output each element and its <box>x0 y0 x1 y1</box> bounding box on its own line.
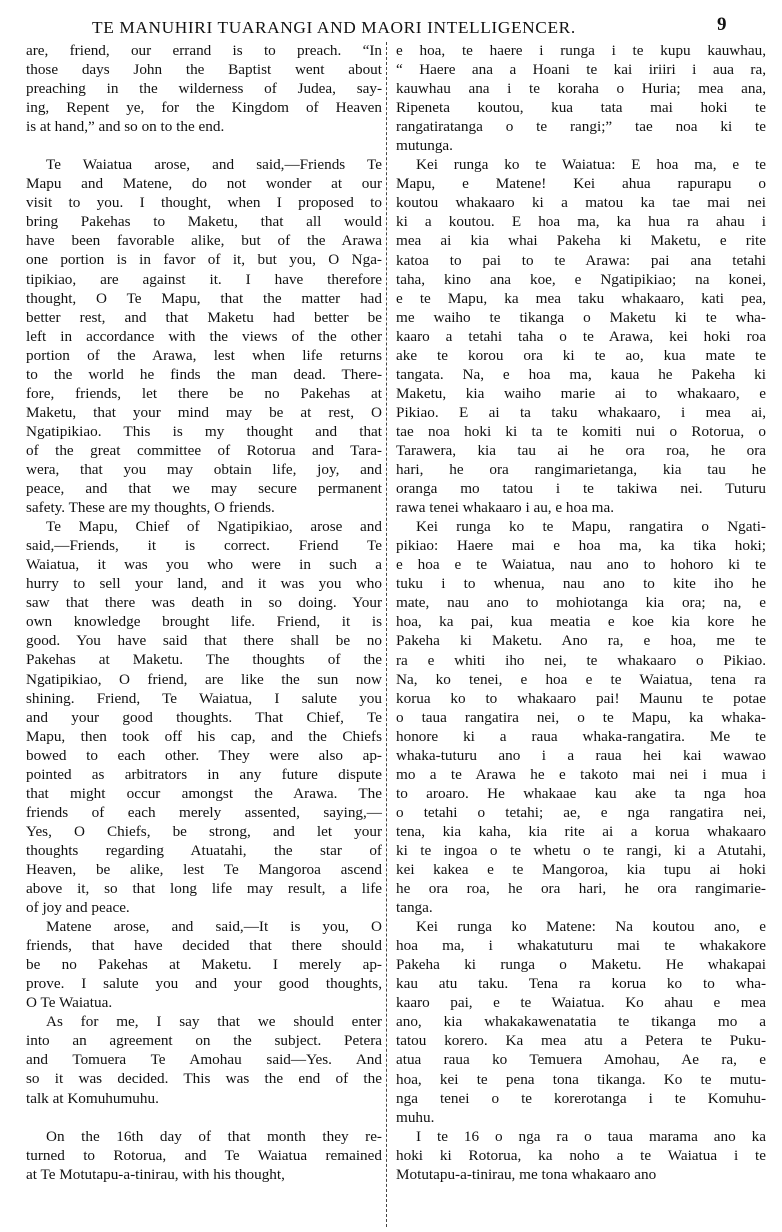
text-line: tipikiao, are against it. I have therefo… <box>26 270 382 289</box>
text-line: kaaro a tetahi taha o te Arawa, kei hoki… <box>396 327 766 346</box>
text-line: to the world he finds the man dead. Ther… <box>26 365 382 384</box>
text-line: Te Waiatua arose, and said,—Friends Te <box>26 155 382 174</box>
text-line: shining. Friend, Te Waiatua, I salute yo… <box>26 689 382 708</box>
text-line: rawa tenei whakaaro i au, e hoa ma. <box>396 498 766 517</box>
text-line: Na, ko tenei, e hoa e te Waiatua, tena r… <box>396 670 766 689</box>
text-line: O Te Waiatua. <box>26 993 382 1012</box>
text-line: bring Pakehas to Maketu, that all would <box>26 212 382 231</box>
text-line: Maketu, kia waiho marie ai to whakaaro, … <box>396 384 766 403</box>
text-line: of joy and peace. <box>26 898 382 917</box>
text-line: Kei runga ko Matene: Na koutou ano, e <box>396 917 766 936</box>
text-line: he ora roa, he ora hari, he ora rangimar… <box>396 879 766 898</box>
text-line: wera, that you may obtain life, joy, and <box>26 460 382 479</box>
text-line: honore ki a raua whaka-rangatira. Me te <box>396 727 766 746</box>
text-line: Mapu, e Matene! Kei ahua rapurapu o <box>396 174 766 193</box>
text-line: Yes, O Chiefs, be strong, and let your <box>26 822 382 841</box>
text-line: be no Pakehas at Maketu. I merely ap- <box>26 955 382 974</box>
text-line: As for me, I say that we should enter <box>26 1012 382 1031</box>
text-line: hurry to sell your land, and it was you … <box>26 574 382 593</box>
text-line: and your good thoughts. That Chief, Te <box>26 708 382 727</box>
paragraph-gap <box>26 136 382 155</box>
text-line: ake te korou ora ki te ao, kua mate te <box>396 346 766 365</box>
text-line: ki te ingoa o te whetu o te rangi, ki a … <box>396 841 766 860</box>
text-line: friends, that have decided that there sh… <box>26 936 382 955</box>
text-line: Matene arose, and said,—It is you, O <box>26 917 382 936</box>
text-line: koutou whakaaro ki a matou ka tae mai ne… <box>396 193 766 212</box>
text-line: peace, and that we may secure permanent <box>26 479 382 498</box>
column-divider <box>386 42 387 1227</box>
text-line: Pikiao. E ai ta taku whakaaro, i mea ai, <box>396 403 766 422</box>
text-line: pikiao: Haere mai e hoa ma, ka tika hoki… <box>396 536 766 555</box>
maori-column: e hoa, te haere i runga i te kupu kauwha… <box>396 41 766 1184</box>
text-line: are, friend, our errand is to preach. “I… <box>26 41 382 60</box>
text-line: Waiatua, it was you who were in such a <box>26 555 382 574</box>
text-line: On the 16th day of that month they re- <box>26 1127 382 1146</box>
text-line: I te 16 o nga ra o taua marama ano ka <box>396 1127 766 1146</box>
text-line: into an agreement on the subject. Petera <box>26 1031 382 1050</box>
text-line: ano, kia whakakawenatatia te tikanga mo … <box>396 1012 766 1031</box>
text-line: ing, Repent ye, for the Kingdom of Heave… <box>26 98 382 117</box>
text-line: saw that there was death in so doing. Yo… <box>26 593 382 612</box>
text-line: o taua rangatira nei, o te Mapu, ka whak… <box>396 708 766 727</box>
text-line: mea ai kia whai Pakeha ki Maketu, e rite <box>396 231 766 250</box>
text-line: portion of the Arawa, lest when life ret… <box>26 346 382 365</box>
page-header: TE MANUHIRI TUARANGI AND MAORI INTELLIGE… <box>0 0 782 40</box>
text-line: bowed to each other. They were also ap- <box>26 746 382 765</box>
text-line: to aroaro. He whakaae kau ake ta nga hoa <box>396 784 766 803</box>
text-line: Te Mapu, Chief of Ngatipikiao, arose and <box>26 517 382 536</box>
text-line: Ngatipikiao. This is my thought and that <box>26 422 382 441</box>
text-line: Heaven, be alike, lest Te Mangoroa ascen… <box>26 860 382 879</box>
text-line: of the great committee of Rotorua and Ta… <box>26 441 382 460</box>
text-line: e te Mapu, ka mea taku whakaaro, kati pe… <box>396 289 766 308</box>
text-line: Kei runga ko te Mapu, rangatira o Ngati- <box>396 517 766 536</box>
text-line: kaaro pai, e te Waiatua. Ko ahau e mea <box>396 993 766 1012</box>
text-line: Pakeha ki Maketu. Ano ra, e hoa, me te <box>396 631 766 650</box>
text-line: above it, so that long life may result, … <box>26 879 382 898</box>
text-line: Pakeha ki runga o Maketu. He whakapai <box>396 955 766 974</box>
text-line: and Tomuera Te Amohau said—Yes. And <box>26 1050 382 1069</box>
text-line: friends of each merely assented, saying,… <box>26 803 382 822</box>
text-line: prove. I salute you and your good though… <box>26 974 382 993</box>
paragraph-gap <box>26 1108 382 1127</box>
text-line: katoa to pai to te Arawa: pai ana tetahi <box>396 251 766 270</box>
text-line: tatou korero. Ka mea atu a Petera te Puk… <box>396 1031 766 1050</box>
text-line: hoa ma, i whakatuturu mai te whakakore <box>396 936 766 955</box>
text-line: visit to you. I thought, when I proposed… <box>26 193 382 212</box>
text-line: tuku i to whenua, nau ano to kite iho he <box>396 574 766 593</box>
text-line: mate, nau ano to mohiotanga kia ora; na,… <box>396 593 766 612</box>
text-line: e hoa, te haere i runga i te kupu kauwha… <box>396 41 766 60</box>
text-line: said,—Friends, it is correct. Friend Te <box>26 536 382 555</box>
text-line: is at hand,” and so on to the end. <box>26 117 382 136</box>
text-line: at Te Motutapu-a-tinirau, with his thoug… <box>26 1165 382 1184</box>
text-line: “ Haere ana a Hoani te kai iriiri i aua … <box>396 60 766 79</box>
text-line: whaka-tuturu ano i a raua hei kai wawao <box>396 746 766 765</box>
text-line: better rest, and that Maketu had better … <box>26 308 382 327</box>
text-line: fore, friends, let there be no Pakehas a… <box>26 384 382 403</box>
text-line: hoa, ka pai, kua meatia e koe kia kore h… <box>396 612 766 631</box>
text-line: korua ko to whakaaro pai! Maunu te potae <box>396 689 766 708</box>
text-line: kei kakea e te Mangoroa, kia tupu ai hok… <box>396 860 766 879</box>
text-line: ki a koutou. E hoa ma, ka hua ra ahau i <box>396 212 766 231</box>
text-line: ra e whiti iho nei, te whakaaro o Pikiao… <box>396 651 766 670</box>
text-line: muhu. <box>396 1108 766 1127</box>
text-line: have been favorable alike, but of the Ar… <box>26 231 382 250</box>
text-line: nga tenei o te korerotanga i te Komuhu- <box>396 1089 766 1108</box>
text-line: Ngatipikiao, O friend, are like the sun … <box>26 670 382 689</box>
text-line: atua raua ko Temuera Amohau, Ae ra, e <box>396 1050 766 1069</box>
text-line: turned to Rotorua, and Te Waiatua remain… <box>26 1146 382 1165</box>
text-line: good. You have said that there shall be … <box>26 631 382 650</box>
text-line: tena, kia kaha, kia rite ai a korua whak… <box>396 822 766 841</box>
text-line: rangatiratanga o te rangi;” tae noa ki t… <box>396 117 766 136</box>
text-line: o tetahi o tetahi; ae, e nga rangatira n… <box>396 803 766 822</box>
text-line: those days John the Baptist went about <box>26 60 382 79</box>
text-line: one portion is in favor of it, but you, … <box>26 250 382 269</box>
text-line: Mapu and Matene, do not wonder at our <box>26 174 382 193</box>
text-line: hoki ki Rotorua, ka noho a te Waiatua i … <box>396 1146 766 1165</box>
text-line: e hoa e te Waiatua, nau ano to hohoro ki… <box>396 555 766 574</box>
text-line: hoa, kei te pena tona tikanga. Ko te mut… <box>396 1070 766 1089</box>
text-line: mo a te Arawa he e takoto mai nei i mua … <box>396 765 766 784</box>
text-line: kau atu taku. Tena ra korua ko to wha- <box>396 974 766 993</box>
text-line: Tarawera, kia tau ai he ora roa, he ora <box>396 441 766 460</box>
text-line: oranga mo tatou i te takiwa nei. Tuturu <box>396 479 766 498</box>
text-line: left in accordance with the views of the… <box>26 327 382 346</box>
text-line: thoughts regarding Atuatahi, the star of <box>26 841 382 860</box>
text-line: own knowledge brought life. Friend, it i… <box>26 612 382 631</box>
text-line: Maketu, that your mind may be at rest, O <box>26 403 382 422</box>
text-line: me waiho te tikanga o Maketu ki te wha- <box>396 308 766 327</box>
english-column: are, friend, our errand is to preach. “I… <box>26 41 382 1184</box>
text-line: pointed as arbitrators in any future dis… <box>26 765 382 784</box>
text-line: taha, kino ana koe, e Ngatipikiao; na ko… <box>396 270 766 289</box>
text-line: tanga. <box>396 898 766 917</box>
text-line: safety. These are my thoughts, O friends… <box>26 498 382 517</box>
text-line: talk at Komuhumuhu. <box>26 1089 382 1108</box>
text-line: thought, O Te Mapu, that the matter had <box>26 289 382 308</box>
running-title: TE MANUHIRI TUARANGI AND MAORI INTELLIGE… <box>92 18 576 38</box>
text-line: Motutapu-a-tinirau, me tona whakaaro ano <box>396 1165 766 1184</box>
text-line: Ripeneta koutou, kua tata mai hoki te <box>396 98 766 117</box>
text-line: preaching in the wilderness of Judea, sa… <box>26 79 382 98</box>
text-line: mutunga. <box>396 136 766 155</box>
text-line: kauwhau ana i te koraha o Huria; mea ana… <box>396 79 766 98</box>
text-line: Kei runga ko te Waiatua: E hoa ma, e te <box>396 155 766 174</box>
text-line: Mapu, then took off his cap, and the Chi… <box>26 727 382 746</box>
text-line: tangata. Na, e hoa ma, kaua he Pakeha ki <box>396 365 766 384</box>
page-number: 9 <box>717 14 727 36</box>
text-line: so it was decided. This was the end of t… <box>26 1069 382 1088</box>
text-line: hari, he ora rangimarietanga, kia tau he <box>396 460 766 479</box>
text-line: tae noa hoki ki ta te komiti nui o Rotor… <box>396 422 766 441</box>
text-line: that might occur amongst the Arawa. The <box>26 784 382 803</box>
text-line: Pakehas at Maketu. The thoughts of the <box>26 650 382 669</box>
